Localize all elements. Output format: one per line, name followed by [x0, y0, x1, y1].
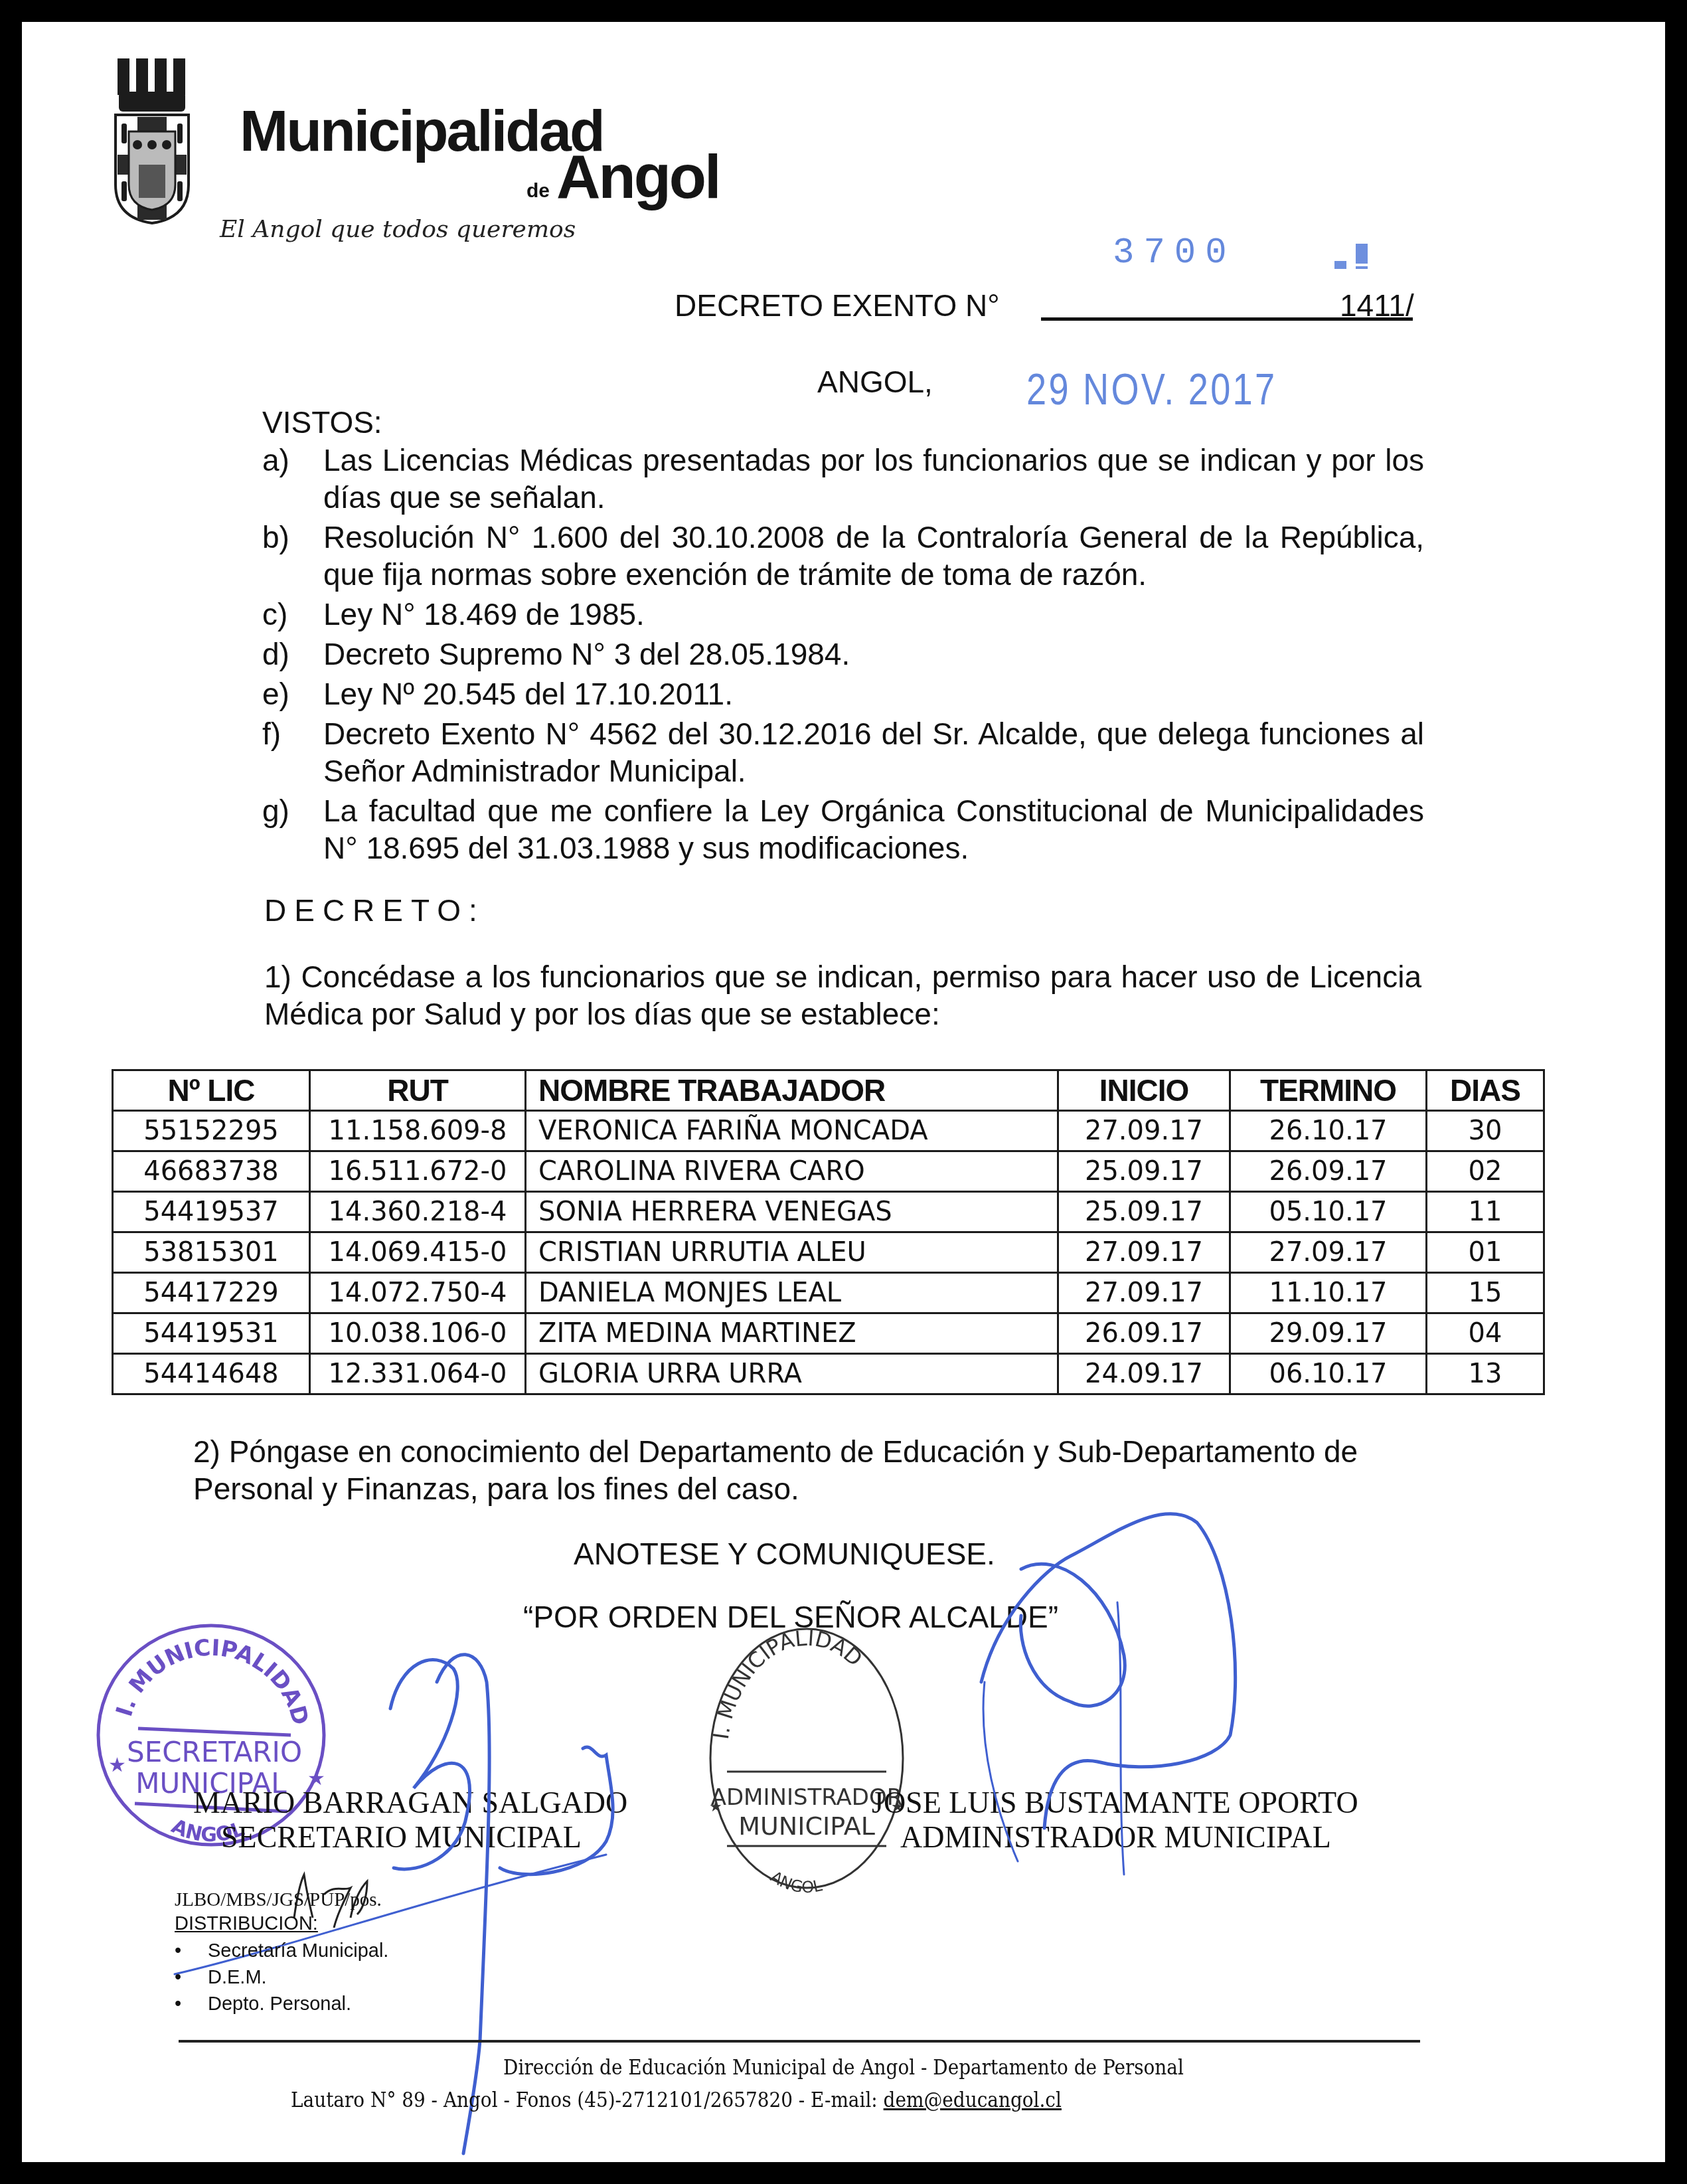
cell-nombre: VERONICA FARIÑA MONCADA — [526, 1111, 1058, 1151]
reference-initials: JLBO/MBS/JGS/PUP/pos. — [175, 1889, 382, 1911]
table-header-row: Nº LIC RUT NOMBRE TRABAJADOR INICIO TERM… — [113, 1070, 1544, 1111]
vistos-item: e)Ley Nº 20.545 del 17.10.2011. — [262, 675, 1424, 713]
distribution-item-text: Depto. Personal. — [208, 1991, 351, 2017]
vistos-item-label: f) — [262, 715, 323, 790]
footer-divider — [179, 2040, 1420, 2043]
vistos-item-label: d) — [262, 635, 323, 673]
vistos-item: g)La facultad que me confiere la Ley Org… — [262, 792, 1424, 867]
vistos-item-text: Ley N° 18.469 de 1985. — [323, 596, 1424, 633]
distribution-item: •Depto. Personal. — [175, 1991, 388, 2017]
administrador-seal-icon: I. MUNICIPALIDAD ADMINISTRADOR MUNICIPAL… — [697, 1619, 916, 1898]
signatory-2-title: ADMINISTRADOR MUNICIPAL — [900, 1819, 1331, 1855]
cell-rut: 10.038.106-0 — [310, 1313, 526, 1354]
cell-dias: 30 — [1427, 1111, 1544, 1151]
cell-nombre: SONIA HERRERA VENEGAS — [526, 1192, 1058, 1232]
vistos-item: a)Las Licencias Médicas presentadas por … — [262, 442, 1424, 516]
vistos-item-text: Decreto Supremo N° 3 del 28.05.1984. — [323, 635, 1424, 673]
col-header-rut: RUT — [310, 1070, 526, 1111]
vistos-item: b)Resolución N° 1.600 del 30.10.2008 de … — [262, 519, 1424, 593]
place-label: ANGOL, — [817, 364, 933, 400]
cell-nlic: 55152295 — [113, 1111, 310, 1151]
vistos-item-label: b) — [262, 519, 323, 593]
cell-nombre: GLORIA URRA URRA — [526, 1354, 1058, 1394]
document-page: Municipalidad de Angol El Angol que todo… — [22, 22, 1665, 2162]
cell-termino: 05.10.17 — [1230, 1192, 1427, 1232]
bullet-icon: • — [175, 1991, 208, 2017]
cell-inicio: 25.09.17 — [1058, 1151, 1230, 1192]
decreto-label: DECRETO EXENTO N° — [675, 288, 1000, 323]
vistos-item-label: e) — [262, 675, 323, 713]
svg-text:★: ★ — [709, 1798, 722, 1815]
signatory-2-name: JOSE LUIS BUSTAMANTE OPORTO — [872, 1785, 1358, 1820]
footer-email-link[interactable]: dem@educangol.cl — [884, 2088, 1062, 2112]
distribution-item-text: D.E.M. — [208, 1964, 267, 1991]
svg-text:SECRETARIO: SECRETARIO — [127, 1736, 302, 1768]
col-header-nombre: NOMBRE TRABAJADOR — [526, 1070, 1058, 1111]
cell-dias: 11 — [1427, 1192, 1544, 1232]
cell-termino: 06.10.17 — [1230, 1354, 1427, 1394]
decreto-number: 1411/ — [1340, 288, 1414, 323]
distribution-item-text: Secretaría Municipal. — [208, 1938, 388, 1964]
distribution-list: •Secretaría Municipal. •D.E.M. •Depto. P… — [175, 1938, 388, 2017]
table-row: 5441953110.038.106-0ZITA MEDINA MARTINEZ… — [113, 1313, 1544, 1354]
svg-text:★: ★ — [108, 1754, 126, 1776]
brand-de: de — [526, 180, 550, 203]
vistos-item-text: La facultad que me confiere la Ley Orgán… — [323, 792, 1424, 867]
cell-nlic: 54417229 — [113, 1273, 310, 1313]
decreto-title: DECRETO: — [264, 892, 485, 929]
cell-rut: 12.331.064-0 — [310, 1354, 526, 1394]
brand-name: Municipalidad — [240, 102, 603, 160]
received-number-stamp: 3700 — [1113, 233, 1236, 274]
cell-inicio: 24.09.17 — [1058, 1354, 1230, 1394]
col-header-termino: TERMINO — [1230, 1070, 1427, 1111]
cell-dias: 02 — [1427, 1151, 1544, 1192]
cell-nombre: DANIELA MONJES LEAL — [526, 1273, 1058, 1313]
vistos-item: c)Ley N° 18.469 de 1985. — [262, 596, 1424, 633]
cell-nombre: ZITA MEDINA MARTINEZ — [526, 1313, 1058, 1354]
footer-department: Dirección de Educación Municipal de Ango… — [104, 2056, 1583, 2080]
cell-nlic: 46683738 — [113, 1151, 310, 1192]
cell-nlic: 54419531 — [113, 1313, 310, 1354]
cell-termino: 26.10.17 — [1230, 1111, 1427, 1151]
brand-city: Angol — [556, 147, 720, 208]
cell-nlic: 53815301 — [113, 1232, 310, 1273]
svg-text:I. MUNICIPALIDAD: I. MUNICIPALIDAD — [708, 1626, 868, 1741]
cell-nlic: 54414648 — [113, 1354, 310, 1394]
cell-dias: 01 — [1427, 1232, 1544, 1273]
distribution-item: •D.E.M. — [175, 1964, 388, 1991]
cell-dias: 15 — [1427, 1273, 1544, 1313]
table-row: 5515229511.158.609-8VERONICA FARIÑA MONC… — [113, 1111, 1544, 1151]
cell-dias: 13 — [1427, 1354, 1544, 1394]
vistos-item-text: Ley Nº 20.545 del 17.10.2011. — [323, 675, 1424, 713]
signatory-1-title: SECRETARIO MUNICIPAL — [221, 1819, 582, 1855]
vistos-item-text: Resolución N° 1.600 del 30.10.2008 de la… — [323, 519, 1424, 593]
vistos-item-label: g) — [262, 792, 323, 867]
col-header-nlic: Nº LIC — [113, 1070, 310, 1111]
cell-nlic: 54419537 — [113, 1192, 310, 1232]
cell-inicio: 26.09.17 — [1058, 1313, 1230, 1354]
vistos-item: d)Decreto Supremo N° 3 del 28.05.1984. — [262, 635, 1424, 673]
table-row: 4668373816.511.672-0CAROLINA RIVERA CARO… — [113, 1151, 1544, 1192]
distribution-item: •Secretaría Municipal. — [175, 1938, 388, 1964]
cell-nombre: CRISTIAN URRUTIA ALEU — [526, 1232, 1058, 1273]
table-row: 5381530114.069.415-0CRISTIAN URRUTIA ALE… — [113, 1232, 1544, 1273]
vistos-title: VISTOS: — [262, 404, 382, 441]
svg-text:ANGOL: ANGOL — [767, 1867, 824, 1896]
footer-contact: Lautaro N° 89 - Angol - Fonos (45)-27121… — [291, 2088, 1062, 2112]
received-date-stamp: 29 NOV. 2017 — [1026, 364, 1277, 414]
cell-rut: 14.072.750-4 — [310, 1273, 526, 1313]
anotese-line: ANOTESE Y COMUNIQUESE. — [574, 1536, 995, 1572]
footer-address: Lautaro N° 89 - Angol - Fonos (45)-27121… — [291, 2088, 884, 2112]
table-row: 5441464812.331.064-0GLORIA URRA URRA24.0… — [113, 1354, 1544, 1394]
cell-inicio: 27.09.17 — [1058, 1232, 1230, 1273]
cell-nombre: CAROLINA RIVERA CARO — [526, 1151, 1058, 1192]
cell-inicio: 27.09.17 — [1058, 1111, 1230, 1151]
vistos-list: a)Las Licencias Médicas presentadas por … — [262, 442, 1424, 869]
cell-rut: 16.511.672-0 — [310, 1151, 526, 1192]
signatory-1-name: MARIO BARRAGAN SALGADO — [193, 1785, 627, 1820]
table-row: 5441953714.360.218-4SONIA HERRERA VENEGA… — [113, 1192, 1544, 1232]
col-header-inicio: INICIO — [1058, 1070, 1230, 1111]
decreto-point-2: 2) Póngase en conocimiento del Departame… — [193, 1433, 1421, 1507]
bullet-icon: • — [175, 1938, 208, 1964]
coat-of-arms-icon — [112, 58, 192, 224]
vistos-item-label: c) — [262, 596, 323, 633]
decreto-point-1: 1) Concédase a los funcionarios que se i… — [264, 958, 1421, 1033]
vistos-item-text: Las Licencias Médicas presentadas por lo… — [323, 442, 1424, 516]
cell-termino: 29.09.17 — [1230, 1313, 1427, 1354]
cell-rut: 14.069.415-0 — [310, 1232, 526, 1273]
licencias-table: Nº LIC RUT NOMBRE TRABAJADOR INICIO TERM… — [112, 1069, 1545, 1395]
cell-termino: 26.09.17 — [1230, 1151, 1427, 1192]
cell-dias: 04 — [1427, 1313, 1544, 1354]
stamp-mark-icon — [1333, 241, 1373, 273]
vistos-item-label: a) — [262, 442, 323, 516]
cell-rut: 14.360.218-4 — [310, 1192, 526, 1232]
cell-rut: 11.158.609-8 — [310, 1111, 526, 1151]
svg-text:MUNICIPAL: MUNICIPAL — [738, 1811, 875, 1841]
cell-termino: 11.10.17 — [1230, 1273, 1427, 1313]
cell-inicio: 25.09.17 — [1058, 1192, 1230, 1232]
brand-slogan: El Angol que todos queremos — [220, 216, 576, 243]
vistos-item-text: Decreto Exento N° 4562 del 30.12.2016 de… — [323, 715, 1424, 790]
cell-inicio: 27.09.17 — [1058, 1273, 1230, 1313]
table-row: 5441722914.072.750-4DANIELA MONJES LEAL2… — [113, 1273, 1544, 1313]
distribution-title: DISTRIBUCION: — [175, 1913, 318, 1935]
vistos-item: f)Decreto Exento N° 4562 del 30.12.2016 … — [262, 715, 1424, 790]
col-header-dias: DIAS — [1427, 1070, 1544, 1111]
cell-termino: 27.09.17 — [1230, 1232, 1427, 1273]
bullet-icon: • — [175, 1964, 208, 1991]
